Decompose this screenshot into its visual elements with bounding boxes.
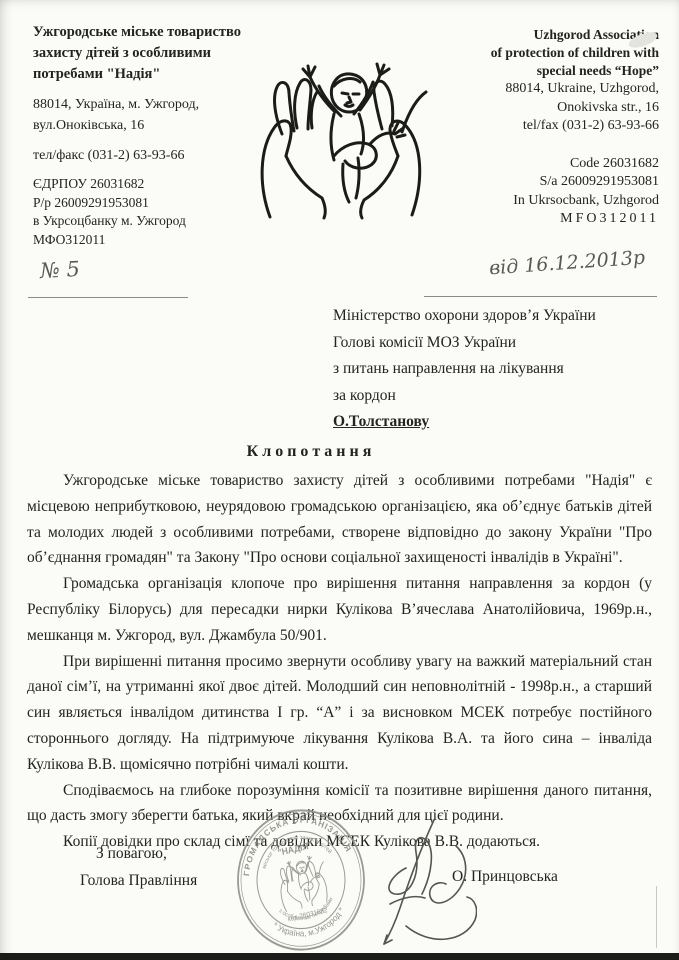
org-title-line: потребами "Надія" <box>33 64 275 85</box>
letterhead-left: Ужгородське міське товариство захисту ді… <box>33 22 275 249</box>
body-paragraph: Громадська організація клопоче про виріш… <box>27 571 652 648</box>
org-title-line: Ужгородське міське товариство <box>33 22 275 43</box>
org-address-line: вул.Оноківська, 16 <box>33 115 275 136</box>
letterhead-right: Uzhgorod Association of protection of ch… <box>407 26 659 229</box>
body-paragraph: При вирішенні питання просимо звернути о… <box>27 649 652 778</box>
org-phone-en: tel/fax (031-2) 63-93-66 <box>407 117 659 136</box>
scan-edge-artifact <box>656 886 657 948</box>
org-address-en-line: 88014, Ukraine, Uzhgorod, <box>407 80 659 99</box>
round-org-stamp: ГРОМАДСЬКА ОРГАНІЗАЦІЯ * Україна, м.Ужго… <box>234 806 368 954</box>
org-bank-en-line: Code 26031682 <box>407 155 659 174</box>
document-title: К л о п о т а н н я <box>247 443 372 461</box>
org-bank-en-line: In Ukrsocbank, Uzhgorod <box>407 192 659 211</box>
ref-date-handwritten: від 16.12.2013р <box>488 247 645 280</box>
ref-date-underline <box>424 296 657 297</box>
org-bank-line: ЄДРПОУ 26031682 <box>33 175 275 194</box>
scan-bottom-edge <box>0 953 679 960</box>
org-bank-line: Р/р 26009291953081 <box>33 194 275 213</box>
org-address-en-line: Onokivska str., 16 <box>407 99 659 118</box>
addressee-line: за кордон <box>333 383 663 410</box>
org-title-en-line: of protection of children with <box>407 44 659 62</box>
handwritten-signature <box>372 812 477 957</box>
letter-body: Ужгородське міське товариство захисту ді… <box>27 468 652 855</box>
org-bank-en-line: MFO312011 <box>407 210 659 229</box>
org-title-line: захисту дітей з особливими <box>33 43 275 64</box>
addressee-name: О.Толстанову <box>333 409 663 436</box>
org-bank-line: в Укрсоцбанку м. Ужгород <box>33 212 275 231</box>
org-title-en-line: special needs “Hope” <box>407 62 659 80</box>
addressee-line: Міністерство охорони здоров’я України <box>333 303 663 330</box>
scanned-letter-page: Ужгородське міське товариство захисту ді… <box>0 0 679 960</box>
addressee-block: Міністерство охорони здоров’я України Го… <box>333 303 663 436</box>
org-bank-line: МФО312011 <box>33 231 275 250</box>
addressee-line: з питань направлення на лікування <box>333 356 663 383</box>
closing-salutation: З повагою, <box>96 845 167 863</box>
org-bank-en-line: S/a 26009291953081 <box>407 173 659 192</box>
ref-number-underline <box>28 297 188 298</box>
body-paragraph: Ужгородське міське товариство захисту ді… <box>27 468 652 571</box>
closing-position: Голова Правління <box>80 872 197 890</box>
addressee-line: Голові комісії МОЗ України <box>333 330 663 357</box>
ref-number-handwritten: № 5 <box>39 257 80 283</box>
org-phone: тел/факс (031-2) 63-93-66 <box>33 145 275 166</box>
org-address-line: 88014, Україна, м. Ужгород, <box>33 94 275 115</box>
org-title-en-line: Uzhgorod Association <box>407 26 659 44</box>
stamp-emblem-icon <box>275 853 331 912</box>
